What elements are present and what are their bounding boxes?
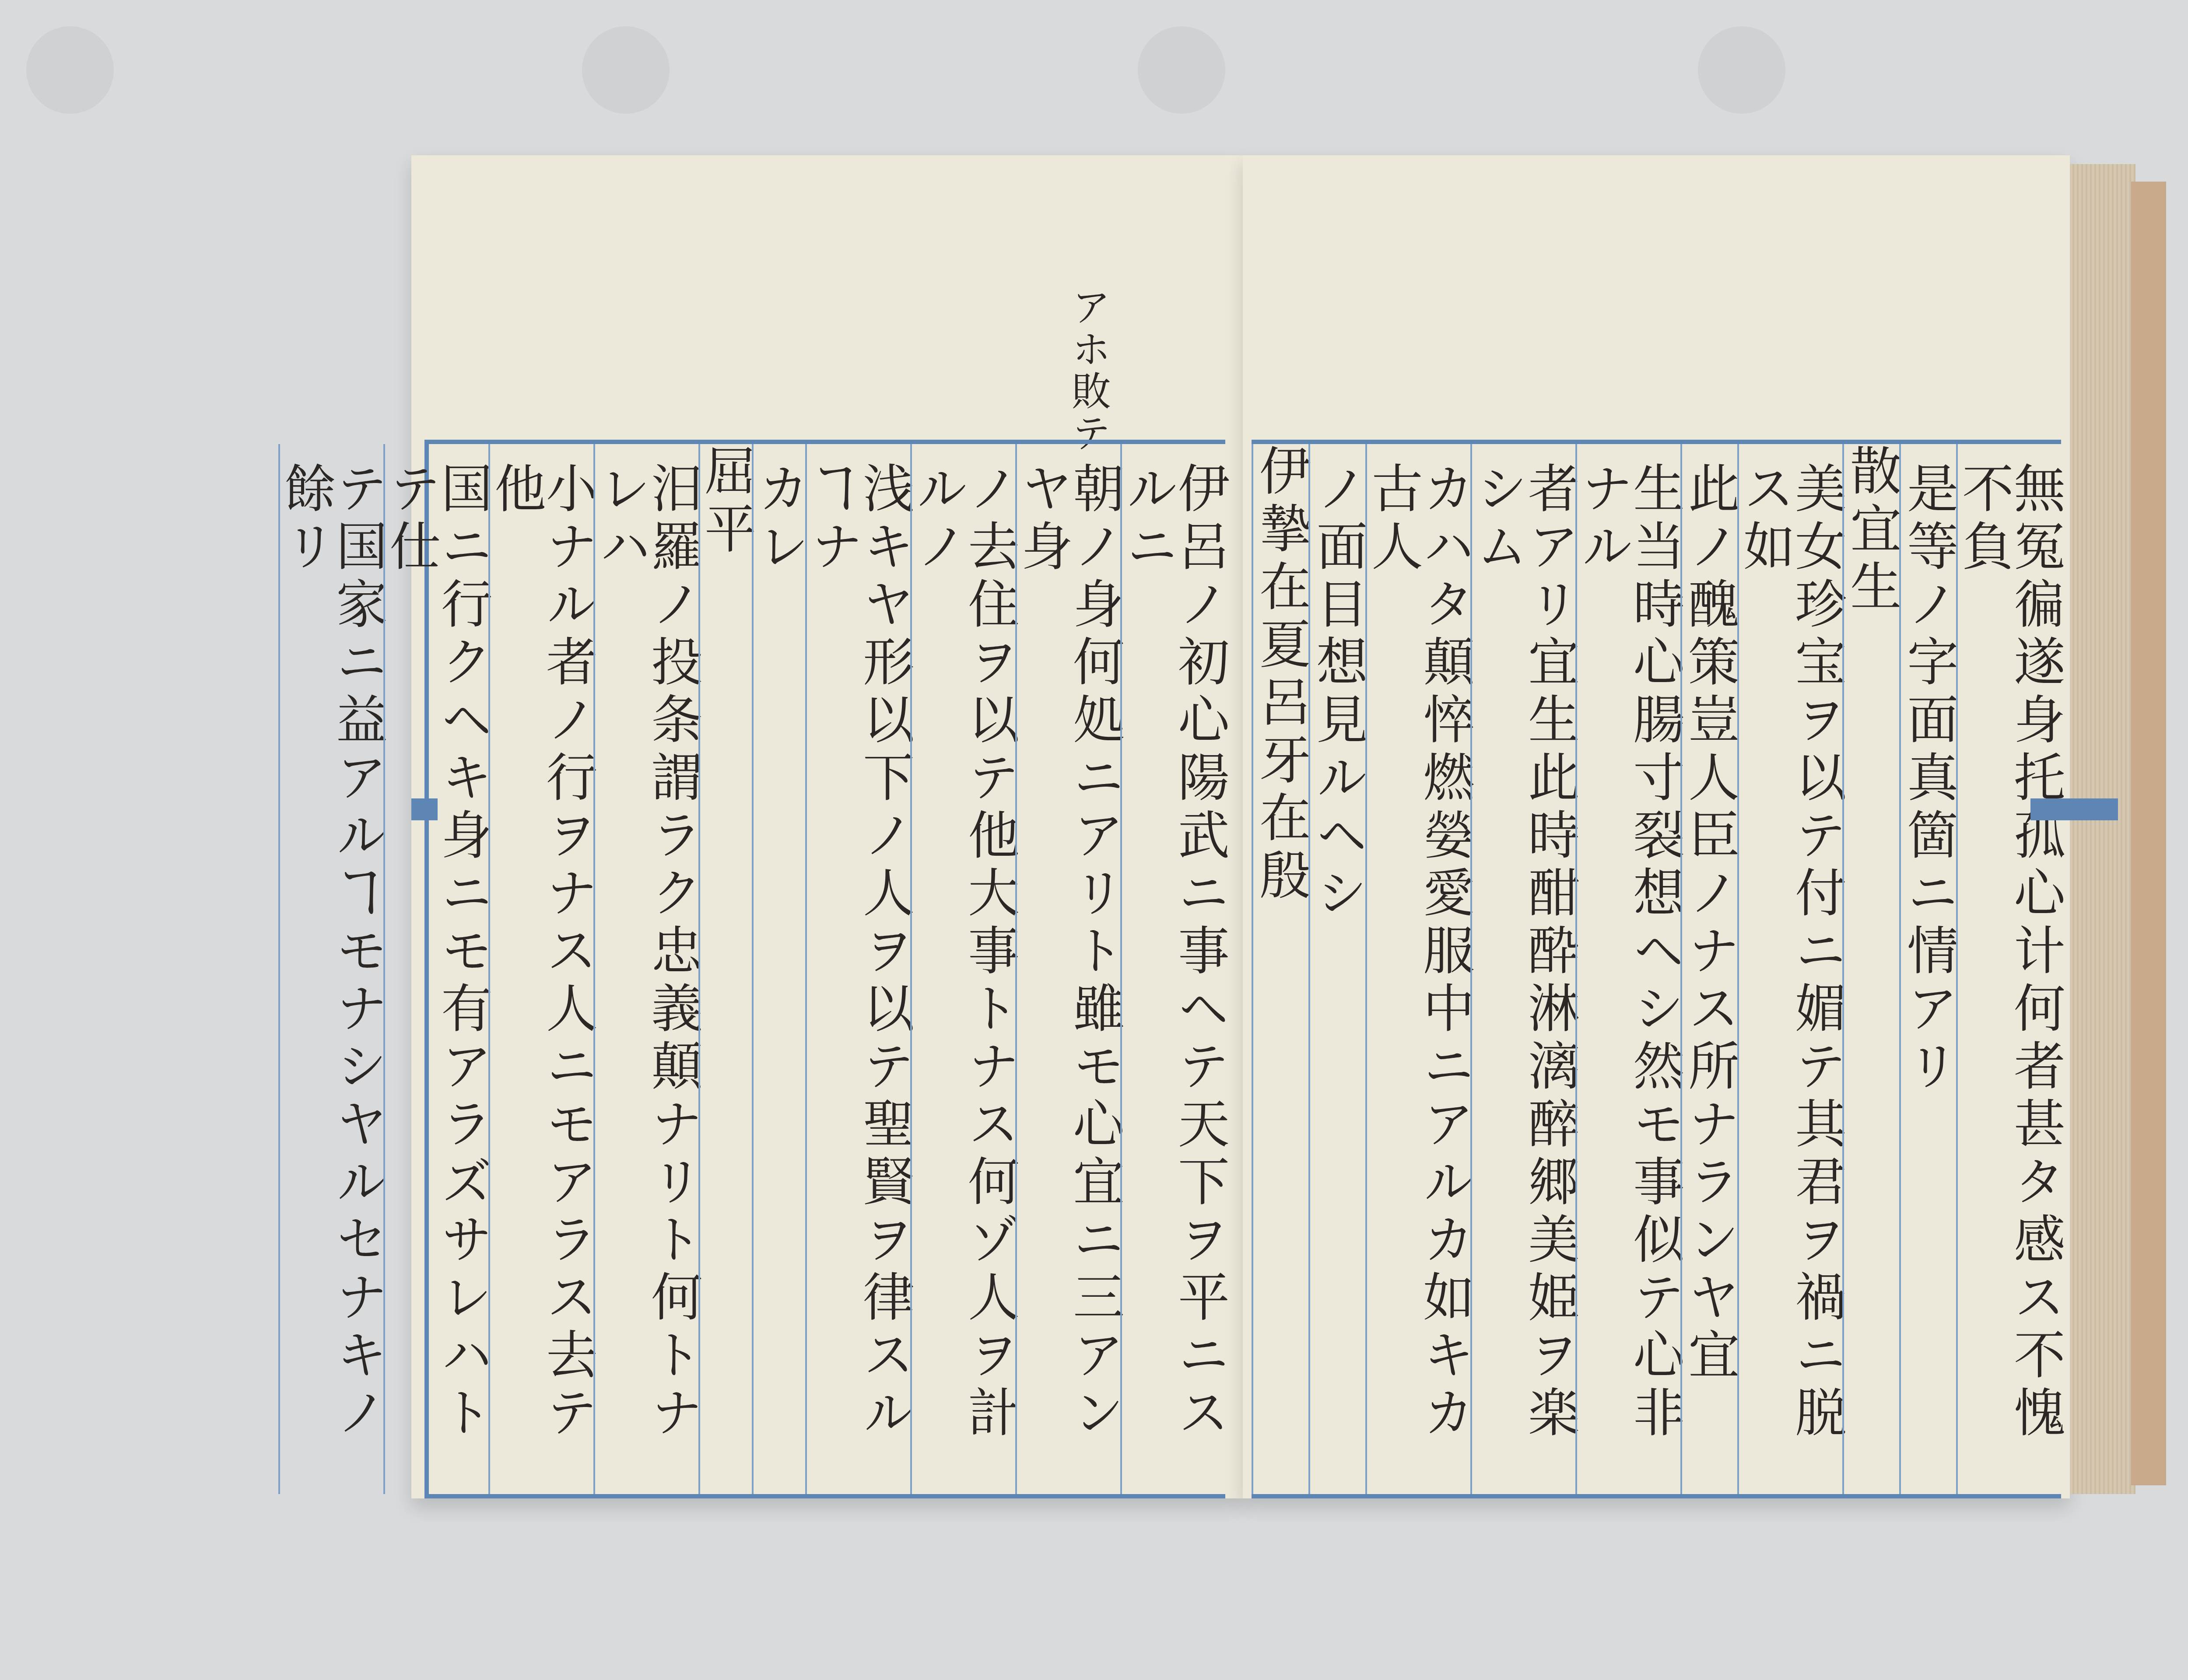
text-column: 無冤徧遂身托孤心计何者甚タ感ス不愧不負 xyxy=(1956,444,2061,1494)
left-text-frame: 伊呂ノ初心陽武ニ事ヘテ天下ヲ平ニスルニ 朝ノ身何処ニアリト雖モ心宜ニ三アンヤ身 … xyxy=(424,440,1225,1498)
section-heading: 伊摯在夏呂牙在殷 xyxy=(1252,444,1308,1494)
text-column: 美女珍宝ヲ以テ付ニ媚テ其君ヲ禍ニ脱ス如 xyxy=(1737,444,1842,1494)
text-column: 是等ノ字面真箇ニ情アリ xyxy=(1899,444,1956,1494)
watermark-logo-icon xyxy=(26,26,114,114)
watermark-logo-icon xyxy=(582,26,670,114)
fold-tab xyxy=(2030,798,2118,820)
text-column: 朝ノ身何処ニアリト雖モ心宜ニ三アンヤ身 xyxy=(1015,444,1120,1494)
text-column: 汨羅ノ投条謂ラク忠義顛ナリト何トナレハ xyxy=(593,444,698,1494)
text-column: ノ面目想見ルヘシ xyxy=(1308,444,1365,1494)
text-column: 伊呂ノ初心陽武ニ事ヘテ天下ヲ平ニスルニ xyxy=(1120,444,1225,1494)
right-page: 無冤徧遂身托孤心计何者甚タ感ス不愧不負 是等ノ字面真箇ニ情アリ 散宜生 美女珍宝… xyxy=(1243,155,2070,1498)
text-column: 者アリ宜生此時酣酔淋漓醉郷美姫ヲ楽シム xyxy=(1470,444,1575,1494)
watermark-logo-icon xyxy=(1698,26,1785,114)
page-edges xyxy=(2070,164,2135,1494)
open-book: アホ敗テ 伊呂ノ初心陽武ニ事ヘテ天下ヲ平ニスルニ 朝ノ身何処ニアリト雖モ心宜ニ三… xyxy=(411,155,2166,1498)
text-column: 此ノ醜策豈人臣ノナス所ナランヤ宜 xyxy=(1680,444,1737,1494)
section-heading: 屈平 xyxy=(698,444,752,1494)
text-column: カハタ顛悴燃嫈愛服中ニアルカ如キカ古人 xyxy=(1365,444,1470,1494)
text-column: カレ xyxy=(752,444,805,1494)
section-heading: 散宜生 xyxy=(1842,444,1899,1494)
text-column: 浅キヤ形以下ノ人ヲ以テ聖賢ヲ律スルヿナ xyxy=(805,444,910,1494)
text-column: 生当時心腸寸裂想ヘシ然モ事似テ心非ナル xyxy=(1575,444,1680,1494)
text-column: ノ去住ヲ以テ他大事トナス何ゾ人ヲ計ルノ xyxy=(910,444,1015,1494)
left-page: アホ敗テ 伊呂ノ初心陽武ニ事ヘテ天下ヲ平ニスルニ 朝ノ身何処ニアリト雖モ心宜ニ三… xyxy=(411,155,1243,1498)
margin-note: アホ敗テ xyxy=(1059,287,1116,455)
back-cover xyxy=(2131,182,2166,1485)
text-column: テ国家ニ益アルヿモナシヤルセナキノ餘リ xyxy=(278,444,383,1494)
watermark-logo-icon xyxy=(1138,26,1225,114)
fold-tab xyxy=(411,798,438,820)
right-text-frame: 無冤徧遂身托孤心计何者甚タ感ス不愧不負 是等ノ字面真箇ニ情アリ 散宜生 美女珍宝… xyxy=(1252,440,2061,1498)
text-column: 小ナル者ノ行ヲナス人ニモアラス去テ他 xyxy=(488,444,593,1494)
text-column: 国ニ行クヘキ身ニモ有アラズサレハトテ仕 xyxy=(383,444,488,1494)
